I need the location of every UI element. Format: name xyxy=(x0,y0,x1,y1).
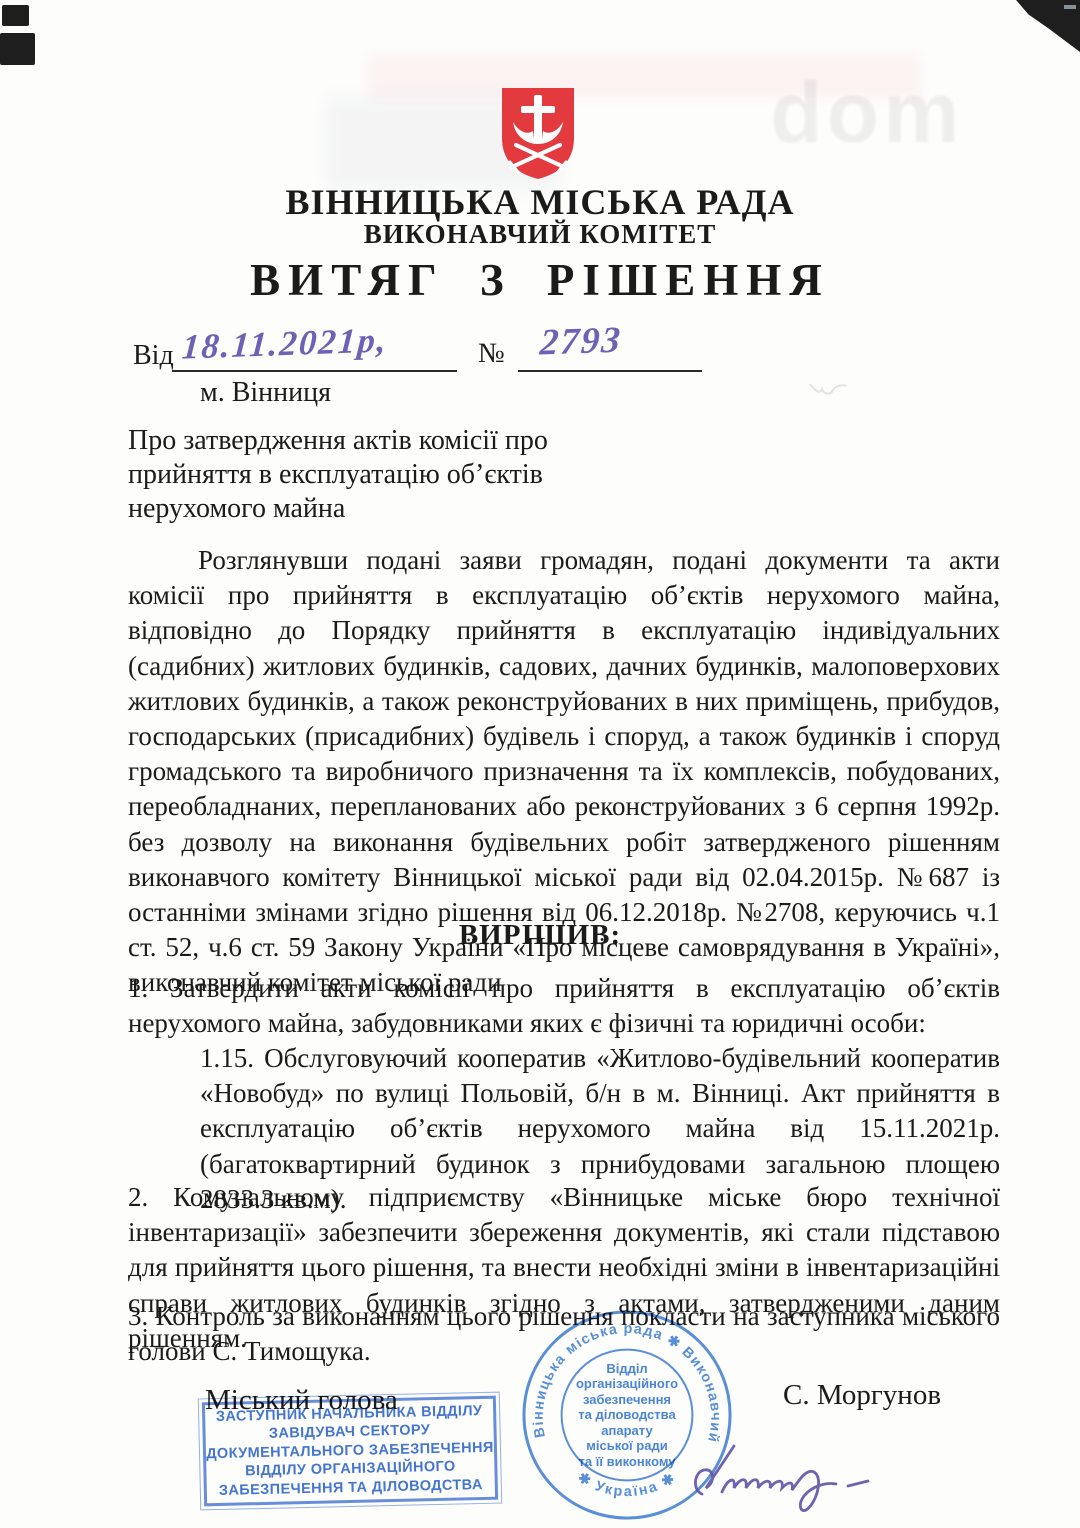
text-line: ДОКУМЕНТАЛЬНОГО ЗАБЕЗПЕЧЕННЯ xyxy=(206,1438,494,1463)
number-label: № xyxy=(478,338,505,370)
ink-bleed-ghost xyxy=(368,56,920,98)
text-line: та діловодства xyxy=(578,1407,675,1423)
text-line: організаційного xyxy=(576,1376,678,1392)
document-page: dom ВІННИЦЬКА МІСЬКА РАДА ВИКОНАВЧИЙ КОМ… xyxy=(0,0,1080,1528)
signatory-name: С. Моргунов xyxy=(783,1379,941,1412)
city-line: м. Вінниця xyxy=(200,377,331,409)
document-title: ВИТЯГ З РІШЕННЯ xyxy=(0,254,1080,306)
text-line: міської ради xyxy=(586,1438,667,1454)
scan-corner-mark-top-left-2 xyxy=(0,33,35,65)
text-line: забезпечення xyxy=(583,1392,671,1408)
organization-name: ВІННИЦЬКА МІСЬКА РАДА xyxy=(0,181,1080,223)
handwritten-number: 2793 xyxy=(539,319,624,365)
watermark-ghost-text: dom xyxy=(770,64,964,163)
date-label: Від xyxy=(133,340,174,372)
text-line: ЗАВІДУВАЧ СЕКТОРУ xyxy=(205,1420,493,1445)
scan-dash-top-right xyxy=(1064,5,1076,9)
text-line: Відділ xyxy=(606,1361,647,1377)
text-line: ЗАБЕЗПЕЧЕННЯ ТА ДІЛОВОДСТВА xyxy=(207,1475,495,1500)
subject-block: Про затвердження актів комісії проприйня… xyxy=(128,424,648,526)
handwritten-date: 18.11.2021р, xyxy=(181,320,390,367)
pencil-mark xyxy=(806,376,850,402)
rectangular-office-stamp: ЗАСТУПНИК НАЧАЛЬНИКА ВІДДІЛУЗАВІДУВАЧ СЕ… xyxy=(202,1396,498,1507)
number-underline xyxy=(518,370,702,372)
scan-corner-mark-top-left-1 xyxy=(2,5,29,26)
date-underline xyxy=(172,370,457,372)
text-line: апарату xyxy=(601,1423,652,1439)
decision-item-1: 1. Затвердити акти комісії про прийняття… xyxy=(128,971,1000,1041)
vinnytsia-coat-of-arms-icon xyxy=(499,86,577,181)
committee-name: ВИКОНАВЧИЙ КОМІТЕТ xyxy=(0,219,1080,250)
text-line: та її виконкому xyxy=(578,1454,675,1470)
text-line: ВІДДІЛУ ОРГАНІЗАЦІЙНОГО xyxy=(206,1457,494,1482)
resolved-heading: ВИРІШИВ: xyxy=(0,919,1080,952)
text-line: нерухомого майна xyxy=(128,492,648,526)
handwritten-signature xyxy=(688,1438,908,1518)
text-line: ЗАСТУПНИК НАЧАЛЬНИКА ВІДДІЛУ xyxy=(205,1401,493,1426)
text-line: Про затвердження актів комісії про xyxy=(128,424,648,458)
text-line: прийняття в експлуатацію об’єктів xyxy=(128,458,648,492)
